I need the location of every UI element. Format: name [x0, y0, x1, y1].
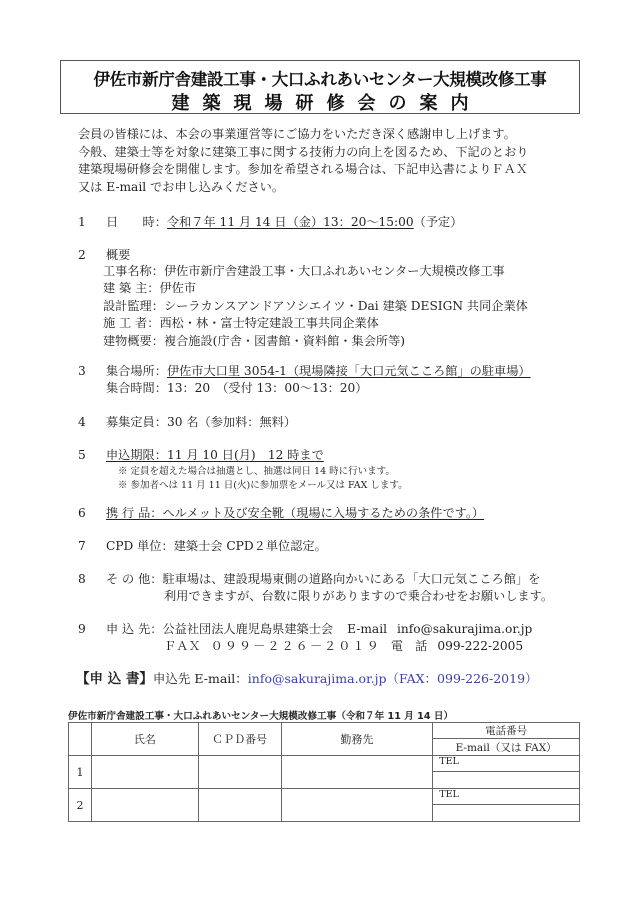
tel-input-cell[interactable]: TEL [433, 756, 580, 772]
title-box: 伊佐市新庁舎建設工事・大口ふれあいセンター大規模改修工事 建築現場研修会の案内 [60, 60, 580, 114]
tel-input-cell[interactable]: TEL [433, 789, 580, 805]
workplace-input-cell[interactable] [281, 789, 433, 822]
item-value: 11 月 10 日(月) 12 時まで [167, 448, 324, 462]
item-label: CPD 単位： [106, 539, 174, 553]
email-input-cell[interactable] [433, 772, 580, 789]
contact-fax-label: ＦＡＸ [164, 639, 201, 653]
email-input-cell[interactable] [433, 805, 580, 822]
item-label: そ の 他： [106, 572, 163, 586]
row-number: 1 [69, 756, 92, 789]
item-value: 伊佐市大口里 3054-1（現場隣接「大口元気こころ館」の駐車場） [167, 364, 531, 378]
item-deadline: 5申込期限：11 月 10 日(月) 12 時まで [78, 446, 324, 463]
header-cpd: ＣＰＤ番号 [198, 723, 281, 756]
item-other-line2: 利用できますが、台数に限りがありますので乗合わせをお願いします。 [164, 587, 553, 604]
intro-line: 今般、建築士等を対象に建築工事に関する技術力の向上を図るため、下記のとおり [78, 144, 578, 162]
contact-email-label: E-mail [347, 622, 387, 636]
item-number: 1 [78, 215, 106, 229]
item-contact: 9申 込 先：公益社団法人鹿児島県建築士会E-mailinfo@sakuraji… [78, 620, 532, 637]
item-value: 13：20 （受付 13：00～13：20） [167, 381, 368, 395]
deadline-note: ※ 定員を超えた場合は抽選とし、抽選は同日 14 時に行います。 [118, 463, 395, 477]
deadline-note: ※ 参加者へは 11 月 11 日(火)に参加票をメール又は FAX します。 [118, 477, 408, 491]
intro-line: 又は E-mail でお申し込みください。 [78, 179, 578, 197]
cpd-input-cell[interactable] [198, 756, 281, 789]
contact-fax: ０９９－２２６－２０１９ [211, 639, 381, 653]
item-label: 日 時： [106, 215, 167, 229]
application-dest-label: 申込先 E-mail： [153, 671, 248, 686]
form-table-title: 伊佐市新庁舎建設工事・大口ふれあいセンター大規模改修工事（令和７年 11 月 1… [68, 708, 453, 722]
item-value: ヘルメット及び安全靴（現場に入場するための条件です。） [163, 506, 485, 520]
item-number: 5 [78, 448, 106, 462]
header-email: E-mail（又は FAX） [433, 739, 580, 756]
item-number: 7 [78, 539, 106, 553]
header-name: 氏名 [91, 723, 198, 756]
overview-row-project-name: 工事名称：伊佐市新庁舎建設工事・大口ふれあいセンター大規模改修工事 [103, 263, 528, 280]
intro-line: 建築現場研修会を開催します。参加を希望される場合は、下記申込書によりＦＡＸ [78, 161, 578, 179]
overview-row-designer: 設計監理：シーラカンスアンドアソシエイツ・Dai 建築 DESIGN 共同企業体 [103, 298, 528, 315]
contact-fax-tel: ＦＡＸ０９９－２２６－２０１９電 話099-222-2005 [164, 637, 523, 654]
item-number: 6 [78, 506, 106, 520]
item-label: 携 行 品： [106, 506, 163, 520]
item-value: 駐車場は、建設現場東側の道路向かいにある「大口元気こころ館」を [163, 572, 541, 586]
intro-paragraph: 会員の皆様には、本会の事業運営等にご協力をいただき深く感謝申し上げます。 今般、… [78, 126, 578, 196]
item-value: 30 名（参加料：無料） [167, 415, 296, 429]
workplace-input-cell[interactable] [281, 756, 433, 789]
cpd-input-cell[interactable] [198, 789, 281, 822]
item-label: 募集定員： [106, 415, 167, 429]
item-suffix: （予定） [414, 215, 463, 229]
contact-tel: 099-222-2005 [437, 639, 523, 653]
item-capacity: 4募集定員：30 名（参加料：無料） [78, 413, 296, 430]
application-fax-note: （FAX：099-226-2019） [387, 671, 538, 686]
application-heading: 【申 込 書】申込先 E-mail：info@sakurajima.or.jp（… [76, 667, 538, 687]
item-number: 4 [78, 415, 106, 429]
overview-row-building: 建物概要：複合施設(庁舎・図書館・資料館・集会所等) [103, 333, 528, 350]
item-label: 申 込 先： [106, 622, 163, 636]
item-label: 集合場所： [106, 364, 167, 378]
document-title-line1: 伊佐市新庁舎建設工事・大口ふれあいセンター大規模改修工事 [61, 66, 579, 90]
item-other: 8そ の 他：駐車場は、建設現場東側の道路向かいにある「大口元気こころ館」を [78, 570, 540, 587]
application-email-link[interactable]: info@sakurajima.or.jp [248, 671, 387, 686]
item-value: 令和７年 11 月 14 日（金）13：20～15:00 [167, 215, 414, 229]
item-label: 申込期限： [106, 448, 167, 462]
item-number: 3 [78, 364, 106, 378]
item-items-to-bring: 6携 行 品：ヘルメット及び安全靴（現場に入場するための条件です。） [78, 504, 484, 521]
document-title-line2: 建築現場研修会の案内 [61, 89, 579, 115]
contact-org: 公益社団法人鹿児島県建築士会 [163, 622, 334, 636]
item-value: 建築士会 CPD２単位認定。 [174, 539, 327, 553]
contact-tel-label: 電 話 [391, 639, 428, 653]
intro-line: 会員の皆様には、本会の事業運営等にご協力をいただき深く感謝申し上げます。 [78, 126, 578, 144]
item-meeting-place: 3集合場所：伊佐市大口里 3054-1（現場隣接「大口元気こころ館」の駐車場） [78, 362, 531, 379]
item-datetime: 1日 時：令和７年 11 月 14 日（金）13：20～15:00（予定） [78, 213, 462, 230]
header-workplace: 勤務先 [281, 723, 433, 756]
item-number: 8 [78, 572, 106, 586]
item-meeting-time: 集合時間：13：20 （受付 13：00～13：20） [106, 379, 367, 396]
item-overview-heading: 2概要 [78, 246, 130, 263]
row-number: 2 [69, 789, 92, 822]
header-no [69, 723, 92, 756]
application-title: 【申 込 書】 [76, 671, 153, 687]
item-label: 概要 [106, 248, 130, 262]
overview-details: 工事名称：伊佐市新庁舎建設工事・大口ふれあいセンター大規模改修工事 建 築 主：… [103, 263, 528, 350]
overview-row-owner: 建 築 主：伊佐市 [103, 280, 528, 297]
overview-row-contractor: 施 工 者：西松・林・富士特定建設工事共同企業体 [103, 315, 528, 332]
item-cpd: 7CPD 単位：建築士会 CPD２単位認定。 [78, 537, 327, 554]
header-phone: 電話番号 [433, 723, 580, 739]
application-form-table: 氏名 ＣＰＤ番号 勤務先 電話番号 E-mail（又は FAX） 1 TEL 2… [68, 722, 580, 822]
item-number: 9 [78, 622, 106, 636]
name-input-cell[interactable] [91, 789, 198, 822]
item-label: 集合時間： [106, 381, 167, 395]
item-number: 2 [78, 248, 106, 262]
name-input-cell[interactable] [91, 756, 198, 789]
contact-email[interactable]: info@sakurajima.or.jp [397, 622, 532, 636]
